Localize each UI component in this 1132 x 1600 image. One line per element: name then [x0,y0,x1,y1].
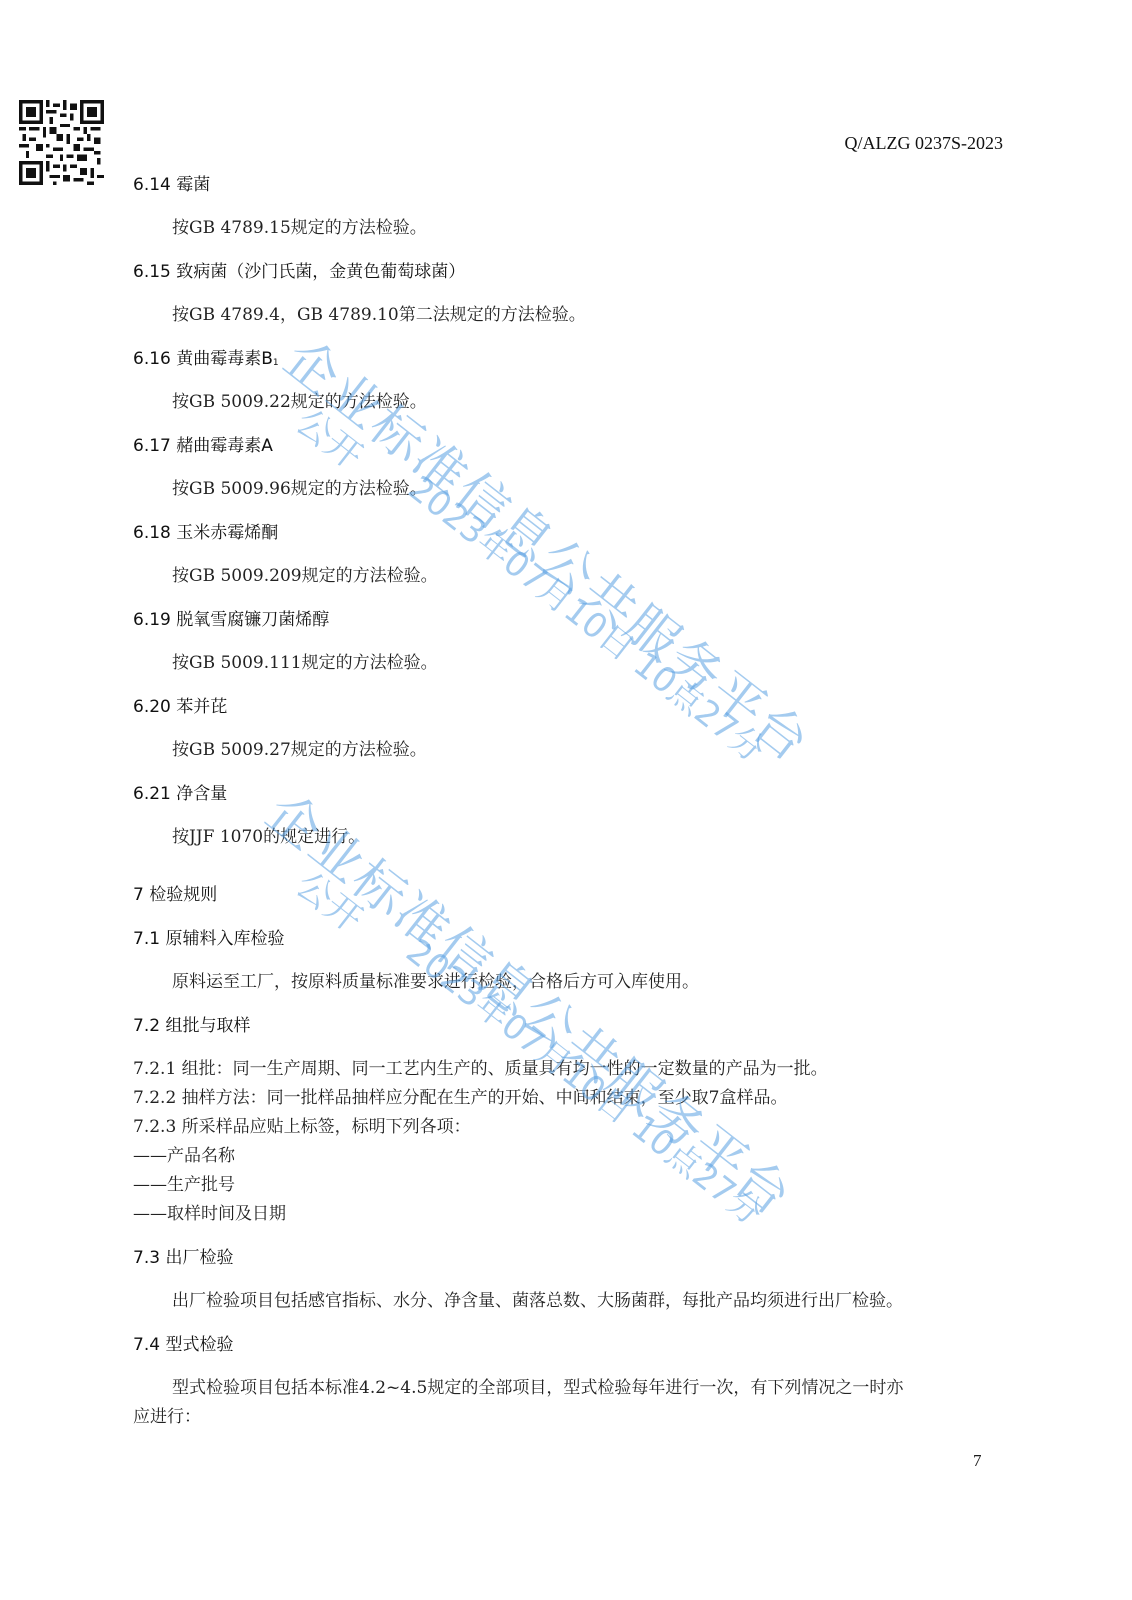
subscript: 1 [273,358,279,368]
clause-7-2-3: 7.2.3 所采样品应贴上标签，标明下列各项： [133,1112,471,1137]
watermark-date-1: 2023年07月10日 10点27分 [400,462,777,772]
page-number: 7 [973,1451,982,1471]
chapter-heading-7: 7 检验规则 [133,880,217,905]
watermark-public-2: 公开 [287,858,375,943]
section-body-6-17: 按GB 5009.96规定的方法检验。 [172,474,427,499]
section-body-7-3: 出厂检验项目包括感官指标、水分、净含量、菌落总数、大肠菌群，每批产品均须进行出厂… [172,1286,903,1311]
section-heading-7-2: 7.2 组批与取样 [133,1011,250,1036]
section-heading-6-21: 6.21 净含量 [133,779,227,804]
clause-7-2-1: 7.2.1 组批：同一生产周期、同一工艺内生产的、质量具有均一性的一定数量的产品… [133,1054,828,1079]
heading-text: 6.16 黄曲霉毒素B [133,349,273,369]
section-body-6-21: 按JJF 1070的规定进行。 [172,822,365,847]
section-body-6-18: 按GB 5009.209规定的方法检验。 [172,561,438,586]
section-heading-6-14: 6.14 霉菌 [133,170,210,195]
section-body-7-4-line1: 型式检验项目包括本标准4.2~4.5规定的全部项目，型式检验每年进行一次，有下列… [172,1373,903,1398]
label-item: ——生产批号 [133,1170,235,1195]
section-heading-7-1: 7.1 原辅料入库检验 [133,924,284,949]
section-heading-7-3: 7.3 出厂检验 [133,1243,233,1268]
qr-code-icon [19,100,104,185]
section-body-6-19: 按GB 5009.111规定的方法检验。 [172,648,438,673]
section-heading-6-17: 6.17 赭曲霉毒素A [133,431,273,456]
label-item: ——取样时间及日期 [133,1199,286,1224]
section-heading-7-4: 7.4 型式检验 [133,1330,233,1355]
section-body-6-15: 按GB 4789.4，GB 4789.10第二法规定的方法检验。 [172,300,586,325]
label-item: ——产品名称 [133,1141,235,1166]
section-body-7-4-line2: 应进行： [133,1402,201,1427]
section-heading-6-16: 6.16 黄曲霉毒素B1 [133,344,279,369]
section-body-6-14: 按GB 4789.15规定的方法检验。 [172,213,427,238]
clause-7-2-2: 7.2.2 抽样方法：同一批样品抽样应分配在生产的开始、中间和结束，至少取7盒样… [133,1083,787,1108]
section-body-6-16: 按GB 5009.22规定的方法检验。 [172,387,427,412]
standard-code: Q/ALZG 0237S-2023 [845,133,1004,154]
section-heading-6-20: 6.20 苯并芘 [133,692,227,717]
section-body-6-20: 按GB 5009.27规定的方法检验。 [172,735,427,760]
section-body-7-1: 原料运至工厂，按原料质量标准要求进行检验，合格后方可入库使用。 [172,967,699,992]
section-heading-6-15: 6.15 致病菌（沙门氏菌，金黄色葡萄球菌） [133,257,465,282]
section-heading-6-19: 6.19 脱氧雪腐镰刀菌烯醇 [133,605,329,630]
section-heading-6-18: 6.18 玉米赤霉烯酮 [133,518,278,543]
